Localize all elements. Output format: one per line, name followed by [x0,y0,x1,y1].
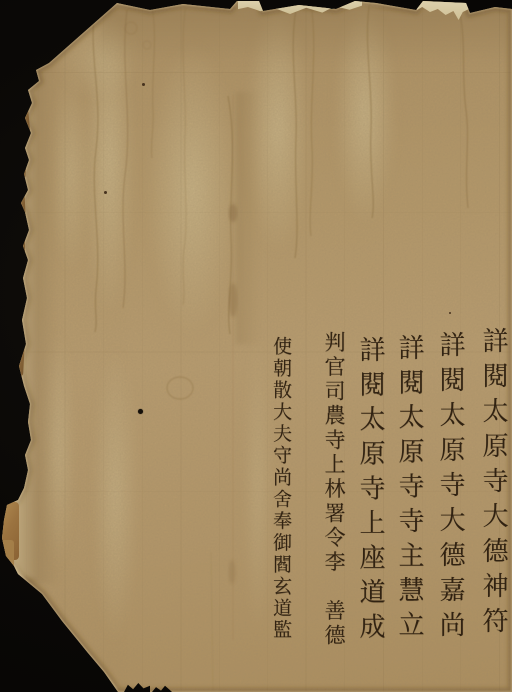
colophon-column-2: 詳閱太原寺大德嘉尚 [432,331,469,646]
torn-edge-nub [16,157,27,180]
paper-fragment-corner [490,0,512,7]
ink-speck [104,191,107,194]
ink-speck [449,312,451,314]
manuscript-sheet: 詳閱太原寺大德神符 詳閱太原寺大德嘉尚 詳閱太原寺寺主慧立 詳閱太原寺上座道成 … [0,0,512,692]
edge-fray-left [12,56,38,578]
colophon-column-4: 詳閱太原寺上座道成 [352,336,389,647]
torn-edge-flap [0,540,14,574]
ink-speck [142,83,145,86]
ink-dot [138,409,143,414]
colophon-column-6: 使朝散大夫守尚舍奉御閻玄道監 [268,336,295,641]
colophon-column-1: 詳閱太原寺大德神符 [475,327,512,642]
manuscript-photo: 詳閱太原寺大德神符 詳閱太原寺大德嘉尚 詳閱太原寺寺主慧立 詳閱太原寺上座道成 … [0,0,512,692]
colophon-column-5: 判官司農寺上林署令李 善德 [319,331,349,648]
torn-edge-nub [17,238,25,256]
torn-edge-nub [13,340,25,376]
colophon-column-3: 詳閱太原寺寺主慧立 [391,334,428,645]
torn-edge-nub [15,191,25,215]
debris-speck [327,1,337,9]
torn-edge-nub [17,103,31,136]
